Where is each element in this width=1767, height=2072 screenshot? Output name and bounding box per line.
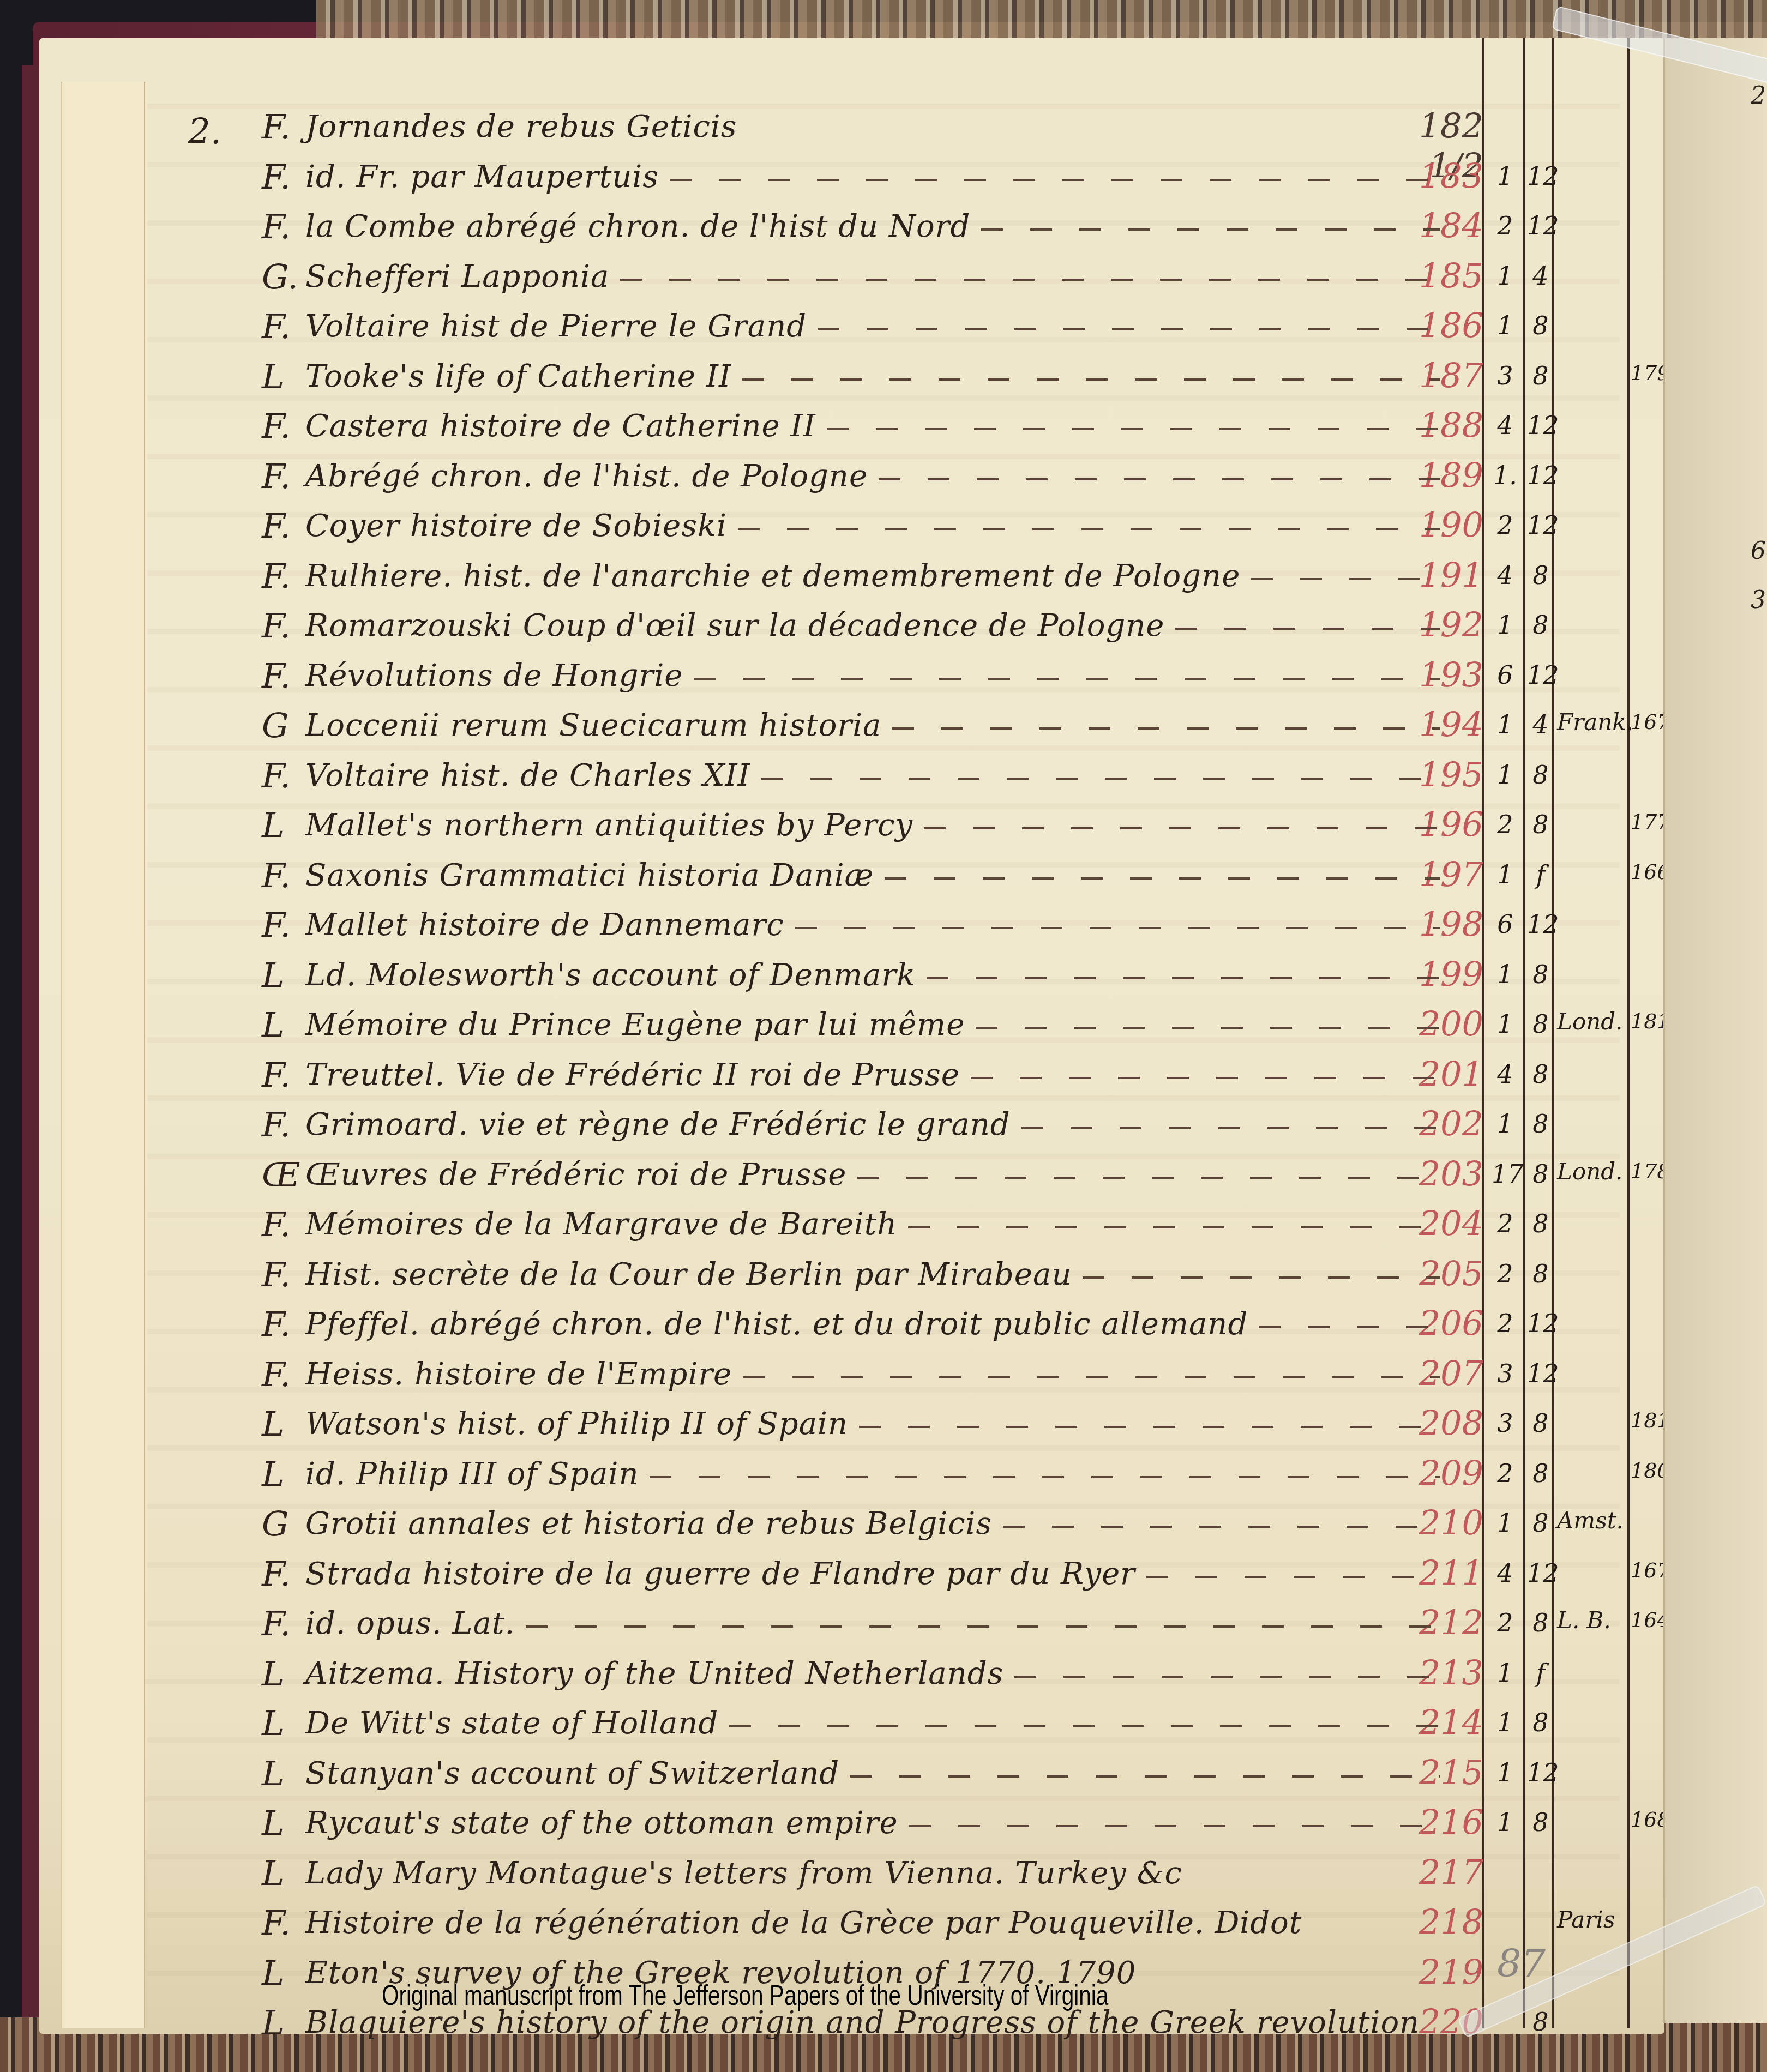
leader-dashes bbox=[1259, 1326, 1440, 1328]
volume-count: 1 bbox=[1492, 311, 1519, 340]
language-marker: F. bbox=[262, 207, 291, 246]
publication-place: Amst. bbox=[1557, 1507, 1625, 1534]
book-title: Pfeffel. abrégé chron. de l'hist. et du … bbox=[305, 1306, 1248, 1342]
leader-dashes bbox=[976, 1027, 1440, 1029]
publication-year: 1661 bbox=[1631, 860, 1663, 884]
book-title: Hist. secrète de la Cour de Berlin par M… bbox=[305, 1257, 1072, 1292]
book-title: id. Philip III of Spain bbox=[305, 1456, 639, 1492]
catalogue-number: 219 bbox=[1407, 1952, 1483, 1992]
catalogue-entry: F.Voltaire hist de Pierre le Grand18618 bbox=[0, 303, 1767, 352]
language-marker: G. bbox=[262, 257, 298, 297]
volume-count: 2 bbox=[1492, 211, 1519, 240]
book-title: Rulhiere. hist. de l'anarchie et demembr… bbox=[305, 558, 1240, 594]
catalogue-number: 193 bbox=[1407, 655, 1483, 695]
book-title: id. Fr. par Maupertuis bbox=[305, 159, 659, 195]
volume-count: 1 bbox=[1492, 1658, 1519, 1688]
catalogue-entry: LRycaut's state of the ottoman empire216… bbox=[0, 1800, 1767, 1849]
catalogue-entry: GLoccenii rerum Suecicarum historia19414… bbox=[0, 702, 1767, 751]
leader-dashes bbox=[795, 927, 1440, 929]
publication-year: 1770 bbox=[1631, 810, 1663, 834]
catalogue-entry: F.Révolutions de Hongrie193612 bbox=[0, 653, 1767, 702]
language-marker: L bbox=[262, 1703, 284, 1743]
book-format: 8 bbox=[1527, 1508, 1554, 1538]
book-format: 8 bbox=[1527, 1808, 1554, 1837]
publication-year: 1811 bbox=[1631, 1009, 1663, 1033]
catalogue-number: 213 bbox=[1407, 1653, 1483, 1692]
catalogue-entry: F.Jornandes de rebus Geticis182 1/2 bbox=[0, 104, 1767, 153]
language-marker: L bbox=[262, 1754, 284, 1793]
catalogue-entry: F.Treuttel. Vie de Frédéric II roi de Pr… bbox=[0, 1052, 1767, 1101]
language-marker: F. bbox=[262, 1903, 291, 1943]
language-marker: F. bbox=[262, 1604, 291, 1643]
language-marker: G bbox=[262, 706, 289, 745]
volume-count: 1 bbox=[1492, 1708, 1519, 1737]
volume-count: 1 bbox=[1492, 960, 1519, 989]
pencil-annotation: 87 bbox=[1497, 1941, 1546, 1986]
catalogue-entry: LTooke's life of Catherine II187381798 bbox=[0, 353, 1767, 402]
catalogue-entry: Lid. Philip III of Spain209281808 bbox=[0, 1451, 1767, 1500]
facing-page-mark: 6o bbox=[1751, 537, 1767, 565]
language-marker: L bbox=[262, 805, 284, 845]
leader-dashes bbox=[1175, 628, 1440, 630]
leader-dashes bbox=[827, 428, 1440, 430]
catalogue-entry: GGrotii annales et historia de rebus Bel… bbox=[0, 1501, 1767, 1550]
language-marker: F. bbox=[262, 1255, 291, 1294]
catalogue-number: 198 bbox=[1407, 904, 1483, 944]
book-format: 12 bbox=[1527, 1359, 1554, 1388]
catalogue-entry: LStanyan's account of Switzerland215112 bbox=[0, 1750, 1767, 1799]
volume-count: 3 bbox=[1492, 1408, 1519, 1438]
volume-count: 3 bbox=[1492, 361, 1519, 390]
book-format: 8 bbox=[1527, 311, 1554, 340]
book-title: Œuvres de Frédéric roi de Prusse bbox=[305, 1157, 846, 1192]
publication-year: 1680 bbox=[1631, 1808, 1663, 1832]
book-title: Mallet histoire de Dannemarc bbox=[305, 907, 784, 943]
language-marker: F. bbox=[262, 606, 291, 646]
catalogue-number: 196 bbox=[1407, 804, 1483, 844]
catalogue-number: 187 bbox=[1407, 356, 1483, 395]
book-format: 12 bbox=[1527, 1309, 1554, 1338]
leader-dashes bbox=[857, 1177, 1440, 1179]
book-format: 8 bbox=[1527, 960, 1554, 989]
publication-place: Lond. bbox=[1557, 1008, 1625, 1035]
catalogue-number: 183 bbox=[1407, 156, 1483, 196]
catalogue-entry: LLady Mary Montague's letters from Vienn… bbox=[0, 1850, 1767, 1899]
publication-year: 1808 bbox=[1631, 1459, 1663, 1483]
book-title: Tooke's life of Catherine II bbox=[305, 359, 731, 394]
catalogue-entry: F.id. Fr. par Maupertuis183112 bbox=[0, 154, 1767, 203]
book-title: Watson's hist. of Philip II of Spain bbox=[305, 1406, 848, 1442]
catalogue-number: 197 bbox=[1407, 854, 1483, 894]
language-marker: F. bbox=[262, 1304, 291, 1344]
source-watermark: Original manuscript from The Jefferson P… bbox=[382, 1979, 1108, 2012]
language-marker: L bbox=[262, 1454, 284, 1494]
facing-page-mark: 2. bbox=[1751, 82, 1767, 110]
catalogue-number: 186 bbox=[1407, 305, 1483, 345]
volume-count: 1 bbox=[1492, 1508, 1519, 1538]
facing-page-mark: 3. bbox=[1751, 586, 1767, 614]
book-title: la Combe abrégé chron. de l'hist du Nord bbox=[305, 209, 970, 244]
leader-dashes bbox=[738, 528, 1440, 530]
leader-dashes bbox=[981, 228, 1440, 231]
book-title: Mallet's northern antiquities by Percy bbox=[305, 808, 913, 843]
leader-dashes bbox=[729, 1725, 1440, 1727]
volume-count: 6 bbox=[1492, 660, 1519, 690]
book-format: 8 bbox=[1527, 810, 1554, 839]
catalogue-number: 208 bbox=[1407, 1403, 1483, 1443]
volume-count: 1 bbox=[1492, 1808, 1519, 1837]
catalogue-number: 200 bbox=[1407, 1004, 1483, 1044]
volume-count: 2 bbox=[1492, 810, 1519, 839]
language-marker: G bbox=[262, 1504, 289, 1544]
catalogue-entry: F.Castera histoire de Catherine II188412 bbox=[0, 403, 1767, 452]
language-marker: L bbox=[262, 955, 284, 995]
language-marker: F. bbox=[262, 1554, 291, 1594]
volume-count: 1 bbox=[1492, 1009, 1519, 1039]
leader-dashes bbox=[924, 827, 1440, 829]
leader-dashes bbox=[1014, 1676, 1440, 1678]
volume-count: 4 bbox=[1492, 561, 1519, 590]
book-format: 8 bbox=[1527, 1159, 1554, 1189]
leader-dashes bbox=[1083, 1276, 1440, 1279]
publication-year: 1812 bbox=[1631, 1408, 1663, 1432]
language-marker: F. bbox=[262, 1354, 291, 1394]
leader-dashes bbox=[850, 1775, 1440, 1778]
book-format: 8 bbox=[1527, 361, 1554, 390]
catalogue-entry: LLd. Molesworth's account of Denmark1991… bbox=[0, 952, 1767, 1001]
catalogue-number: 215 bbox=[1407, 1752, 1483, 1792]
leader-dashes bbox=[620, 279, 1440, 281]
language-marker: F. bbox=[262, 1204, 291, 1244]
language-marker: L bbox=[262, 2003, 284, 2043]
catalogue-entry: F.id. opus. Lat.21228L. B.1640 bbox=[0, 1600, 1767, 1649]
volume-count: 1 bbox=[1492, 610, 1519, 640]
book-title: Aitzema. History of the United Netherlan… bbox=[305, 1656, 1003, 1691]
leader-dashes bbox=[670, 179, 1440, 181]
book-format: 12 bbox=[1527, 211, 1554, 240]
volume-count: 6 bbox=[1492, 909, 1519, 939]
language-marker: L bbox=[262, 1853, 284, 1893]
language-marker: L bbox=[262, 1005, 284, 1045]
catalogue-number: 203 bbox=[1407, 1154, 1483, 1194]
language-marker: F. bbox=[262, 756, 291, 796]
book-format: 8 bbox=[1527, 561, 1554, 590]
book-format: 8 bbox=[1527, 1109, 1554, 1139]
publication-place: Frank. bbox=[1557, 709, 1625, 736]
catalogue-number: 191 bbox=[1407, 555, 1483, 595]
book-format: 4 bbox=[1527, 710, 1554, 739]
book-format: 8 bbox=[1527, 1608, 1554, 1637]
marbled-edge-top bbox=[316, 0, 1767, 39]
book-format: 8 bbox=[1527, 1059, 1554, 1089]
volume-count: 1 bbox=[1492, 710, 1519, 739]
book-format: 12 bbox=[1527, 461, 1554, 490]
volume-count: 2 bbox=[1492, 1259, 1519, 1288]
language-marker: L bbox=[262, 1953, 284, 1993]
book-format: 12 bbox=[1527, 510, 1554, 540]
book-format: 12 bbox=[1527, 909, 1554, 939]
publication-year: 1672 bbox=[1631, 710, 1663, 734]
book-format: 8 bbox=[1527, 610, 1554, 640]
leader-dashes bbox=[650, 1476, 1440, 1478]
language-marker: F. bbox=[262, 107, 291, 147]
leader-dashes bbox=[927, 977, 1440, 979]
catalogue-entry: F.Rulhiere. hist. de l'anarchie et demem… bbox=[0, 553, 1767, 602]
leader-dashes bbox=[526, 1625, 1440, 1628]
book-format: 8 bbox=[1527, 1209, 1554, 1238]
catalogue-entry: F.Abrégé chron. de l'hist. de Pologne189… bbox=[0, 453, 1767, 502]
book-title: Grotii annales et historia de rebus Belg… bbox=[305, 1506, 992, 1541]
catalogue-number: 199 bbox=[1407, 954, 1483, 994]
book-title: Rycaut's state of the ottoman empire bbox=[305, 1805, 898, 1841]
language-marker: F. bbox=[262, 306, 291, 346]
volume-count: 3 bbox=[1492, 1359, 1519, 1388]
catalogue-number: 188 bbox=[1407, 405, 1483, 445]
book-format: 8 bbox=[1527, 1408, 1554, 1438]
catalogue-number: 185 bbox=[1407, 256, 1483, 296]
language-marker: F. bbox=[262, 456, 291, 496]
leader-dashes bbox=[694, 678, 1440, 680]
leader-dashes bbox=[761, 778, 1440, 780]
book-title: De Witt's state of Holland bbox=[305, 1706, 718, 1741]
volume-count: 2 bbox=[1492, 1608, 1519, 1637]
leader-dashes bbox=[1146, 1576, 1440, 1578]
catalogue-number: 195 bbox=[1407, 755, 1483, 794]
catalogue-number: 209 bbox=[1407, 1453, 1483, 1493]
book-format: f bbox=[1527, 860, 1554, 889]
book-title: Strada histoire de la guerre de Flandre … bbox=[305, 1556, 1135, 1592]
catalogue-number: 211 bbox=[1407, 1553, 1483, 1593]
volume-count: 1 bbox=[1492, 161, 1519, 191]
book-title: Stanyan's account of Switzerland bbox=[305, 1756, 839, 1791]
language-marker: L bbox=[262, 1404, 284, 1444]
leader-dashes bbox=[885, 877, 1440, 880]
volume-count: 1 bbox=[1492, 261, 1519, 291]
language-marker: F. bbox=[262, 157, 291, 197]
leader-dashes bbox=[909, 1825, 1440, 1827]
catalogue-entry: LMallet's northern antiquities by Percy1… bbox=[0, 802, 1767, 851]
catalogue-number: 201 bbox=[1407, 1054, 1483, 1094]
catalogue-entry: LDe Witt's state of Holland21418 bbox=[0, 1700, 1767, 1749]
catalogue-number: 184 bbox=[1407, 206, 1483, 245]
book-title: Romarzouski Coup d'œil sur la décadence … bbox=[305, 608, 1164, 643]
book-format: 8 bbox=[1527, 760, 1554, 790]
catalogue-entry: F.la Combe abrégé chron. de l'hist du No… bbox=[0, 203, 1767, 252]
catalogue-entry: F.Coyer histoire de Sobieski190212 bbox=[0, 503, 1767, 552]
leader-dashes bbox=[742, 378, 1440, 381]
book-format: 12 bbox=[1527, 1758, 1554, 1787]
book-title: Treuttel. Vie de Frédéric II roi de Prus… bbox=[305, 1057, 960, 1093]
leader-dashes bbox=[1251, 578, 1440, 580]
catalogue-entry: F.Pfeffel. abrégé chron. de l'hist. et d… bbox=[0, 1301, 1767, 1350]
book-title: Saxonis Grammatici historia Daniæ bbox=[305, 858, 874, 893]
catalogue-entry: F.Mémoires de la Margrave de Bareith2042… bbox=[0, 1201, 1767, 1250]
catalogue-number: 218 bbox=[1407, 1902, 1483, 1942]
leader-dashes bbox=[743, 1376, 1440, 1378]
volume-count: 2 bbox=[1492, 510, 1519, 540]
language-marker: L bbox=[262, 1803, 284, 1843]
volume-count: 1 bbox=[1492, 860, 1519, 889]
book-format: 12 bbox=[1527, 1558, 1554, 1588]
book-title: id. opus. Lat. bbox=[305, 1606, 515, 1641]
volume-count: 1 bbox=[1492, 1109, 1519, 1139]
leader-dashes bbox=[859, 1426, 1440, 1428]
catalogue-entry: LMémoire du Prince Eugène par lui même20… bbox=[0, 1002, 1767, 1051]
book-title: Heiss. histoire de l'Empire bbox=[305, 1357, 732, 1392]
language-marker: F. bbox=[262, 406, 291, 446]
publication-place: Paris bbox=[1557, 1906, 1625, 1933]
catalogue-number: 210 bbox=[1407, 1503, 1483, 1543]
catalogue-entry: F.Mallet histoire de Dannemarc198612 bbox=[0, 902, 1767, 951]
publication-year: 1798 bbox=[1631, 361, 1663, 385]
catalogue-number: 216 bbox=[1407, 1802, 1483, 1842]
book-title: Castera histoire de Catherine II bbox=[305, 408, 816, 444]
language-marker: F. bbox=[262, 905, 291, 945]
volume-count: 1. bbox=[1492, 461, 1519, 490]
book-format: 8 bbox=[1527, 1459, 1554, 1488]
book-title: Mémoire du Prince Eugène par lui même bbox=[305, 1007, 965, 1043]
book-title: Révolutions de Hongrie bbox=[305, 658, 683, 694]
volume-count: 1 bbox=[1492, 760, 1519, 790]
catalogue-number: 189 bbox=[1407, 455, 1483, 495]
catalogue-number: 206 bbox=[1407, 1303, 1483, 1343]
catalogue-number: 214 bbox=[1407, 1702, 1483, 1742]
catalogue-number: 194 bbox=[1407, 704, 1483, 744]
book-title: Mémoires de la Margrave de Bareith bbox=[305, 1207, 897, 1242]
book-title: Voltaire hist. de Charles XII bbox=[305, 758, 750, 793]
publication-year: 1675 bbox=[1631, 1558, 1663, 1582]
book-title: Jornandes de rebus Geticis bbox=[305, 109, 737, 144]
volume-count: 2 bbox=[1492, 1459, 1519, 1488]
catalogue-entry: F.Voltaire hist. de Charles XII19518 bbox=[0, 752, 1767, 802]
catalogue-entry: LAitzema. History of the United Netherla… bbox=[0, 1651, 1767, 1700]
language-marker: F. bbox=[262, 506, 291, 546]
volume-count: 2 bbox=[1492, 1209, 1519, 1238]
language-marker: F. bbox=[262, 1055, 291, 1095]
book-title: Abrégé chron. de l'hist. de Pologne bbox=[305, 459, 868, 494]
book-title: Coyer histoire de Sobieski bbox=[305, 508, 727, 544]
catalogue-number: 190 bbox=[1407, 505, 1483, 545]
language-marker: F. bbox=[262, 556, 291, 596]
publication-year: 1789 bbox=[1631, 1159, 1663, 1183]
book-format: 12 bbox=[1527, 161, 1554, 191]
volume-count: 2 bbox=[1492, 1309, 1519, 1338]
language-marker: F. bbox=[262, 856, 291, 895]
language-marker: F. bbox=[262, 1105, 291, 1145]
volume-count: 17 bbox=[1492, 1159, 1519, 1189]
language-marker: L bbox=[262, 1654, 284, 1694]
catalogue-number: 207 bbox=[1407, 1353, 1483, 1393]
catalogue-entry: ŒŒuvres de Frédéric roi de Prusse203178L… bbox=[0, 1152, 1767, 1201]
language-marker: F. bbox=[262, 656, 291, 696]
catalogue-number: 192 bbox=[1407, 605, 1483, 645]
book-title: Grimoard. vie et règne de Frédéric le gr… bbox=[305, 1107, 1011, 1142]
book-format: 4 bbox=[1527, 261, 1554, 291]
leader-dashes bbox=[971, 1077, 1440, 1079]
volume-count: 4 bbox=[1492, 1558, 1519, 1588]
leader-dashes bbox=[818, 328, 1440, 330]
catalogue-entry: F.Romarzouski Coup d'œil sur la décadenc… bbox=[0, 603, 1767, 652]
volume-count: 4 bbox=[1492, 411, 1519, 440]
book-title: Loccenii rerum Suecicarum historia bbox=[305, 708, 881, 743]
catalogue-entry: LWatson's hist. of Philip II of Spain208… bbox=[0, 1401, 1767, 1450]
catalogue-entry: F.Heiss. histoire de l'Empire207312 bbox=[0, 1351, 1767, 1400]
language-marker: L bbox=[262, 357, 284, 396]
catalogue-entry: F.Strada histoire de la guerre de Flandr… bbox=[0, 1551, 1767, 1600]
book-title: Schefferi Lapponia bbox=[305, 259, 609, 294]
catalogue-entry: F.Saxonis Grammatici historia Daniæ1971f… bbox=[0, 852, 1767, 901]
catalogue-entry: F.Hist. secrète de la Cour de Berlin par… bbox=[0, 1251, 1767, 1300]
book-format: 8 bbox=[1527, 1708, 1554, 1737]
language-marker: Œ bbox=[262, 1155, 300, 1195]
book-format: 12 bbox=[1527, 660, 1554, 690]
catalogue-number: 202 bbox=[1407, 1104, 1483, 1143]
leader-dashes bbox=[1021, 1127, 1440, 1129]
publication-place: Lond. bbox=[1557, 1158, 1625, 1185]
book-title: Ld. Molesworth's account of Denmark bbox=[305, 957, 916, 993]
catalogue-entry: G.Schefferi Lapponia18514 bbox=[0, 254, 1767, 303]
volume-count: 4 bbox=[1492, 1059, 1519, 1089]
leader-dashes bbox=[908, 1226, 1440, 1228]
publication-place: L. B. bbox=[1557, 1607, 1625, 1634]
book-title: Lady Mary Montague's letters from Vienna… bbox=[305, 1856, 1182, 1891]
book-title: Voltaire hist de Pierre le Grand bbox=[305, 309, 807, 344]
catalogue-entry: F.Grimoard. vie et règne de Frédéric le … bbox=[0, 1101, 1767, 1151]
book-format: 8 bbox=[1527, 1259, 1554, 1288]
catalogue-number: 212 bbox=[1407, 1603, 1483, 1642]
book-format: 8 bbox=[1527, 1009, 1554, 1039]
leader-dashes bbox=[892, 727, 1440, 730]
publication-year: 1640 bbox=[1631, 1608, 1663, 1632]
catalogue-number: 217 bbox=[1407, 1852, 1483, 1892]
catalogue-number: 204 bbox=[1407, 1203, 1483, 1243]
book-title: Histoire de la régénération de la Grèce … bbox=[305, 1905, 1302, 1941]
volume-count: 1 bbox=[1492, 1758, 1519, 1787]
leader-dashes bbox=[879, 478, 1440, 480]
book-format: 12 bbox=[1527, 411, 1554, 440]
book-format: f bbox=[1527, 1658, 1554, 1688]
book-format: 8 bbox=[1527, 2007, 1554, 2037]
catalogue-number: 205 bbox=[1407, 1254, 1483, 1293]
leader-dashes bbox=[1003, 1526, 1440, 1528]
